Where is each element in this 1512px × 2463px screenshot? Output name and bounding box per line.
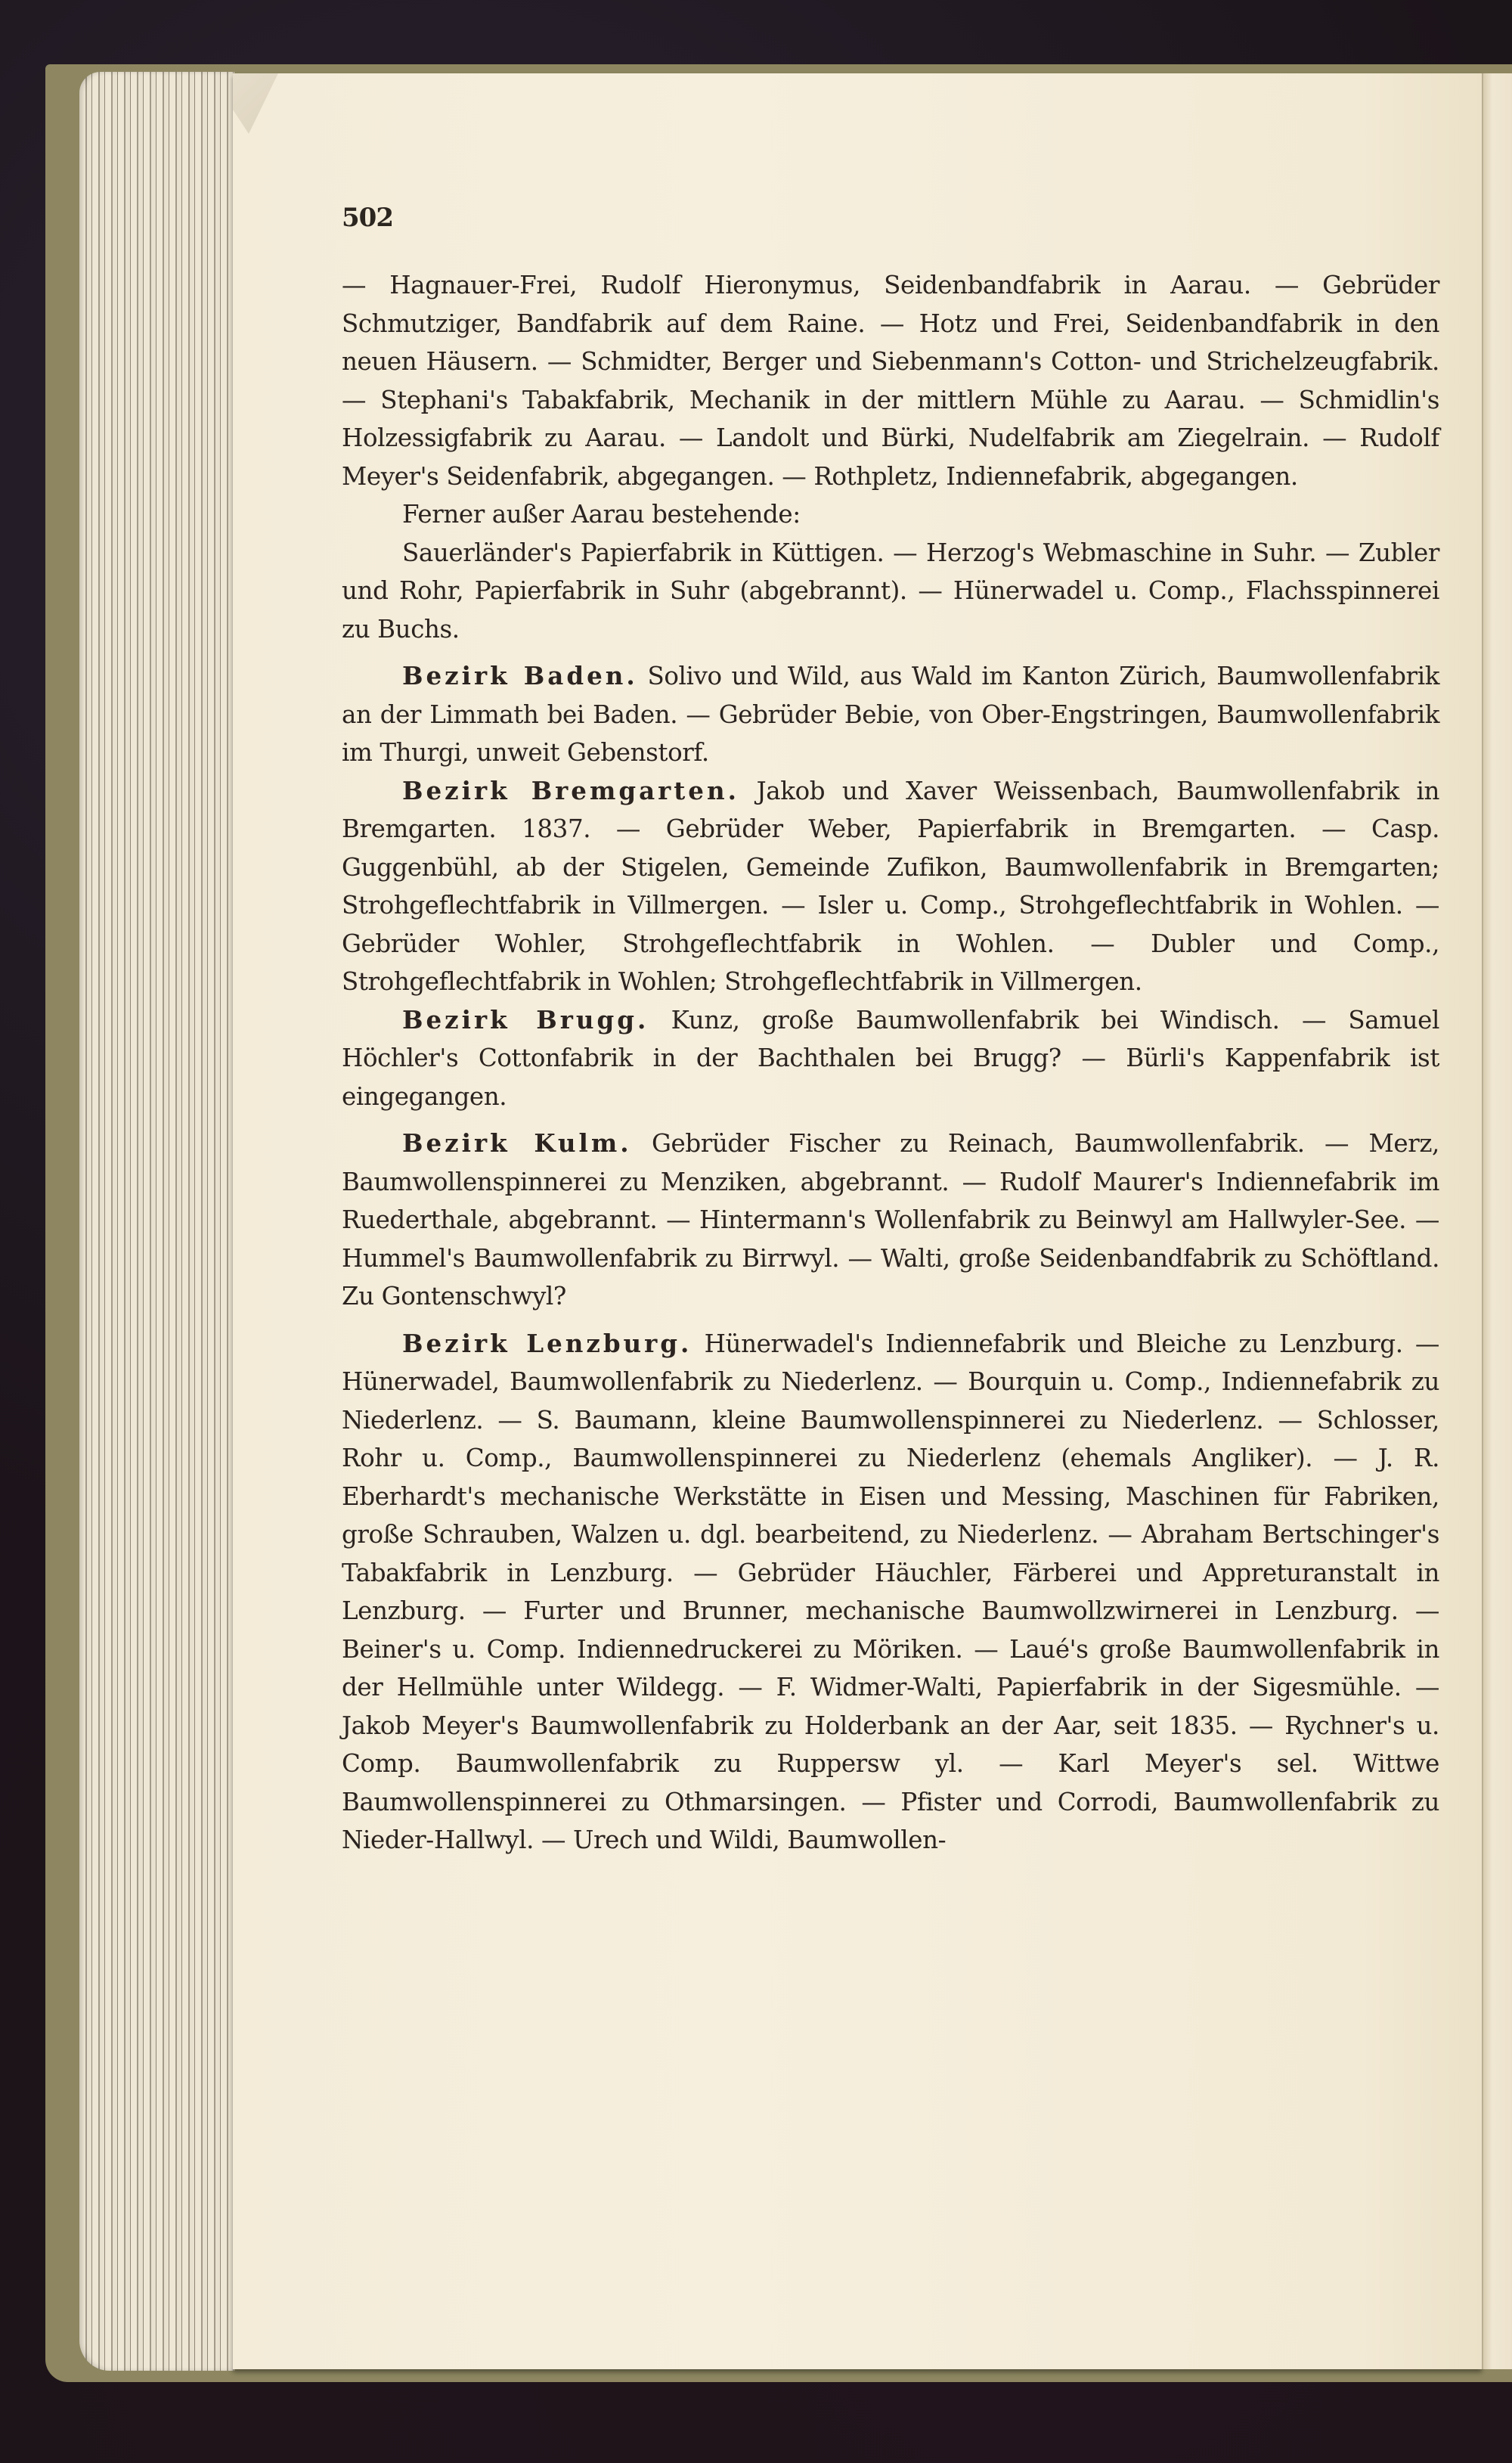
paragraph-bezirk-baden: Bezirk Baden. Solivo und Wild, aus Wald … (342, 657, 1439, 772)
paragraph-ferner-heading: Ferner außer Aarau bestehende: (342, 495, 1439, 534)
paragraph-text: Jakob und Xaver Weissenbach, Baumwollenf… (342, 777, 1439, 997)
paragraph-ausser-aarau: Sauerländer's Papierfabrik in Küttigen. … (342, 534, 1439, 649)
paragraph-text: — Hagnauer-Frei, Rudolf Hieronymus, Seid… (342, 271, 1439, 491)
paragraph-text: Hünerwadel's Indiennefabrik und Bleiche … (342, 1329, 1439, 1855)
district-heading: Bezirk Bremgarten. (402, 776, 739, 805)
paragraph-bezirk-kulm: Bezirk Kulm. Gebrüder Fischer zu Reinach… (342, 1124, 1439, 1316)
paragraph-bezirk-bremgarten: Bezirk Bremgarten. Jakob und Xaver Weiss… (342, 772, 1439, 1001)
paragraph-text: Ferner außer Aarau bestehende: (402, 500, 801, 529)
paragraph-bezirk-lenzburg: Bezirk Lenzburg. Hünerwadel's Indiennefa… (342, 1325, 1439, 1860)
page-number: 502 (342, 203, 393, 233)
paragraph-text: Sauerländer's Papierfabrik in Küttigen. … (342, 538, 1439, 644)
district-heading: Bezirk Kulm. (402, 1128, 632, 1158)
page-stack-edges (79, 72, 234, 2371)
district-heading: Bezirk Baden. (402, 661, 638, 690)
paragraph-bezirk-brugg: Bezirk Brugg. Kunz, große Baumwollenfabr… (342, 1001, 1439, 1116)
book-gutter (1482, 73, 1512, 2369)
paragraph-aarau-continued: — Hagnauer-Frei, Rudolf Hieronymus, Seid… (342, 266, 1439, 495)
district-heading: Bezirk Lenzburg. (402, 1329, 692, 1358)
district-heading: Bezirk Brugg. (402, 1005, 649, 1035)
body-text: — Hagnauer-Frei, Rudolf Hieronymus, Seid… (342, 266, 1439, 1860)
